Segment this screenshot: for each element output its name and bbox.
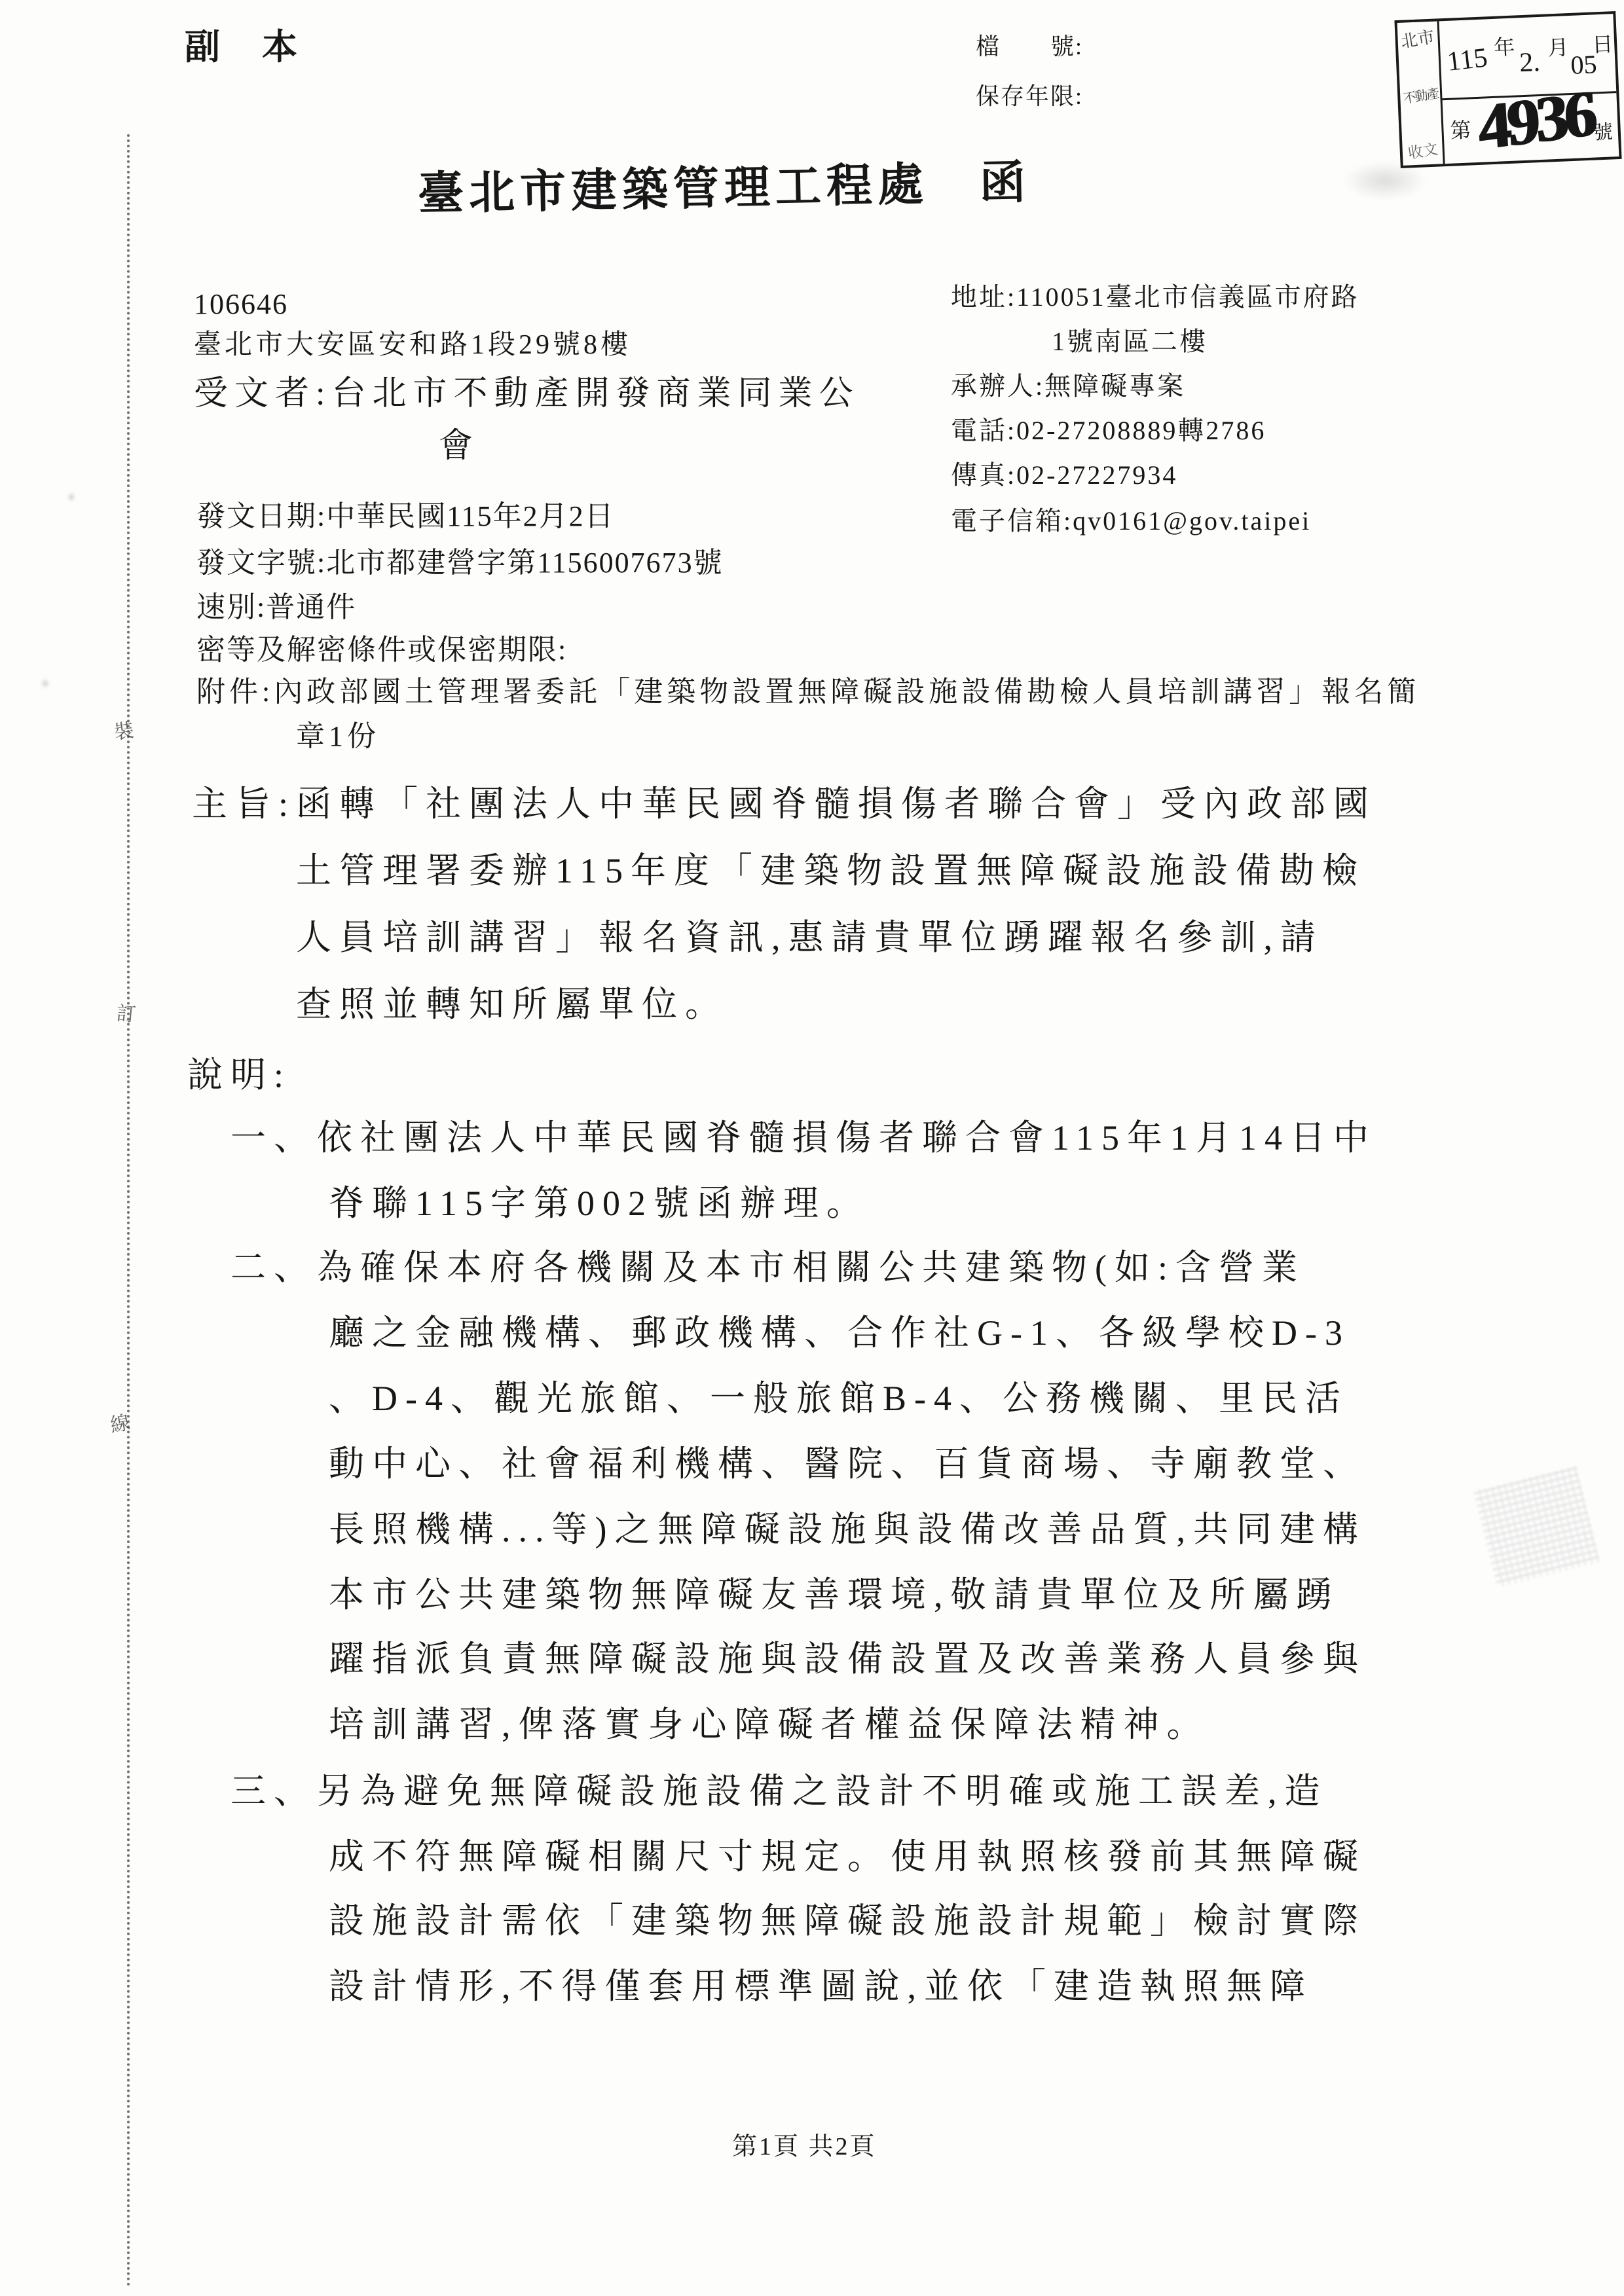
file-number-label: 檔 號: bbox=[976, 33, 1083, 62]
copy-label: 副本 bbox=[185, 26, 339, 69]
classification-line: 密等及解密條件或保密期限: bbox=[196, 632, 567, 668]
item-2-line-2: 廳之金融機構、郵政機構、合作社G-1、各級學校D-3 bbox=[329, 1312, 1350, 1355]
item-3-line-3: 設施設計需依「建築物無障礙設施設計規範」檢討實際 bbox=[329, 1900, 1366, 1943]
item-2-line-3: 、D-4、觀光旅館、一般旅館B-4、公務機關、里民活 bbox=[329, 1377, 1348, 1421]
faint-seal-stamp bbox=[1473, 1466, 1600, 1588]
recipient-line-1: 受文者:台北市不動產開發商業同業公 bbox=[194, 373, 859, 414]
receipt-stamp: 北市 不動產 收文 115 年 2. 月 05 日 第 4936 號 bbox=[1394, 11, 1621, 168]
attachment-line-1: 附件:內政部國土管理署委託「建築物設置無障礙設施設備勘檢人員培訓講習」報名簡 bbox=[196, 674, 1420, 710]
subject-line-4: 查照並轉知所屬單位。 bbox=[296, 983, 728, 1027]
explanation-label: 說明: bbox=[187, 1054, 291, 1097]
stamp-month-unit: 月 bbox=[1547, 37, 1569, 58]
agency-officer: 承辦人:無障礙專案 bbox=[951, 371, 1185, 403]
issue-number-line: 發文字號:北市都建營字第1156007673號 bbox=[196, 545, 724, 581]
item-3-line-2: 成不符無障礙相關尺寸規定。使用執照核發前其無障礙 bbox=[329, 1836, 1366, 1879]
item-2-line-1: 二、為確保本府各機關及本市相關公共建築物(如:含營業 bbox=[231, 1247, 1305, 1290]
agency-email: 電子信箱:qv0161@gov.taipei bbox=[951, 505, 1311, 538]
item-1-line-2: 脊聯115字第002號函辦理。 bbox=[329, 1182, 870, 1226]
item-3-line-4: 設計情形,不得僅套用標準圖說,並依「建造執照無障 bbox=[329, 1965, 1313, 2009]
agency-address-line-2: 1號南區二樓 bbox=[1052, 326, 1208, 358]
agency-fax: 傳真:02-27227934 bbox=[951, 460, 1177, 492]
official-letter-page: 裝 訂 線 副本 檔 號: 保存年限: 北市 不動產 收文 115 年 2. 月… bbox=[0, 0, 1624, 2296]
binding-mark-ding: 訂 bbox=[115, 997, 138, 1027]
stamp-org-bottom: 收文 bbox=[1406, 137, 1439, 163]
retention-label: 保存年限: bbox=[976, 82, 1083, 111]
stamp-number-suffix: 號 bbox=[1593, 122, 1613, 143]
stamp-number-handwritten: 4936 bbox=[1476, 81, 1594, 161]
stamp-day-unit: 日 bbox=[1592, 33, 1614, 55]
scan-speck bbox=[41, 678, 50, 689]
stamp-org-mid: 不動產 bbox=[1401, 82, 1439, 107]
subject-line-2: 土管理署委辦115年度「建築物設置無障礙設施設備勘檢 bbox=[296, 850, 1365, 893]
item-2-line-4: 動中心、社會福利機構、醫院、百貨商場、寺廟教堂、 bbox=[329, 1443, 1366, 1486]
item-2-line-6: 本市公共建築物無障礙友善環境,敬請貴單位及所屬踴 bbox=[329, 1574, 1340, 1617]
item-3-line-1: 三、另為避免無障礙設施設備之設計不明確或施工誤差,造 bbox=[231, 1770, 1328, 1813]
receipt-stamp-org-column: 北市 不動產 收文 bbox=[1397, 21, 1445, 165]
page-footer: 第1頁 共2頁 bbox=[732, 2132, 877, 2162]
stamp-year: 115 bbox=[1446, 44, 1489, 76]
recipient-line-2: 會 bbox=[439, 426, 479, 467]
stamp-number-prefix: 第 bbox=[1450, 119, 1471, 141]
item-2-line-8: 培訓講習,俾落實身心障礙者權益保障法精神。 bbox=[329, 1704, 1210, 1747]
item-2-line-7: 躍指派負責無障礙設施與設備設置及改善業務人員參與 bbox=[329, 1638, 1366, 1681]
document-title: 臺北市建築管理工程處 函 bbox=[417, 155, 1031, 223]
subject-line-1: 主旨:函轉「社團法人中華民國脊髓損傷者聯合會」受內政部國 bbox=[192, 783, 1376, 826]
recipient-address: 臺北市大安區安和路1段29號8樓 bbox=[194, 329, 631, 362]
reference-code: 106646 bbox=[194, 287, 288, 322]
issue-date-line: 發文日期:中華民國115年2月2日 bbox=[196, 499, 615, 534]
agency-address-line-1: 地址:110051臺北市信義區市府路 bbox=[951, 282, 1359, 314]
stamp-org-top: 北市 bbox=[1399, 24, 1436, 53]
priority-line: 速別:普通件 bbox=[196, 590, 356, 625]
binding-mark-zhuang: 裝 bbox=[112, 714, 136, 745]
stamp-year-unit: 年 bbox=[1494, 37, 1515, 58]
scan-speck bbox=[68, 492, 75, 501]
binding-dotted-line bbox=[127, 134, 130, 2288]
stamp-month: 2. bbox=[1519, 48, 1540, 77]
subject-line-3: 人員培訓講習」報名資訊,惠請貴單位踴躍報名參訓,請 bbox=[296, 917, 1323, 960]
agency-phone: 電話:02-27208889轉2786 bbox=[951, 415, 1266, 447]
item-1-line-1: 一、依社團法人中華民國脊髓損傷者聯合會115年1月14日中 bbox=[231, 1117, 1376, 1160]
attachment-line-2: 章1份 bbox=[296, 719, 380, 754]
item-2-line-5: 長照機構...等)之無障礙設施與設備改善品質,共同建構 bbox=[329, 1508, 1366, 1552]
